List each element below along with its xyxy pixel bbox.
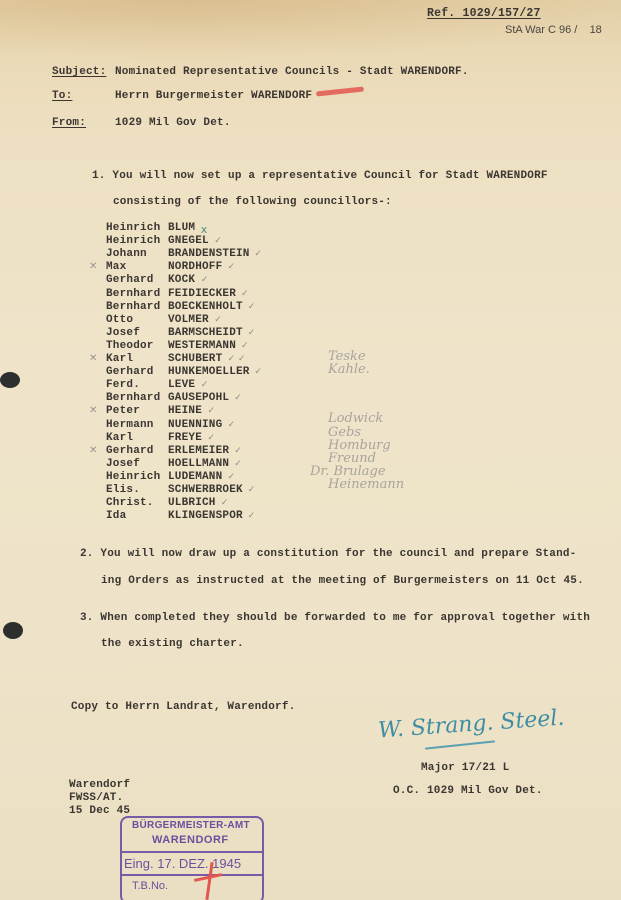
check-mark-icon: ✓ [208,433,216,443]
paragraph-2-line-1: 2. You will now draw up a constitution f… [80,548,576,560]
councillor-first-name: Karl [106,432,133,444]
check-mark-icon: ✓ [254,367,262,377]
councillor-last-name: FREYE [168,432,202,444]
subject-text: Nominated Representative Councils - Stad… [115,66,469,78]
to-text: Herrn Burgermeister WARENDORF [115,90,312,102]
check-mark-icon: ✓ [234,459,242,469]
councillor-last-name: VOLMER [168,314,209,326]
councillor-first-name: Bernhard [106,392,160,404]
check-mark-icon: ✓ [214,236,222,246]
document-page: Ref. 1029/157/27 StA War C 96 / 18 Subje… [0,0,621,900]
footer-date: 15 Dec 45 [69,805,130,817]
councillor-first-name: Christ. [106,497,154,509]
councillor-last-name: HOELLMANN [168,458,229,470]
handwritten-signature: W. Strang. Steel. [377,706,565,744]
check-mark-icon: ✓ [248,302,256,312]
subject-label: Subject: [52,66,106,78]
councillor-first-name: Gerhard [106,366,154,378]
stamp-received-date: Eing. 17. DEZ. 1945 [124,856,241,871]
punch-hole-bottom [3,622,23,639]
pencil-annotation: Lodwick [328,411,383,426]
from-label: From: [52,117,86,129]
councillor-first-name: Ida [106,510,126,522]
to-label: To: [52,90,72,102]
paragraph-3-line-2: the existing charter. [101,638,244,650]
councillor-last-name: NORDHOFF [168,261,222,273]
councillor-first-name: Heinrich [106,471,160,483]
x-mark-icon: ✕ [89,405,97,416]
signatory-rank: Major 17/21 L [421,762,509,774]
check-mark-icon: ✓ [221,498,229,508]
councillor-first-name: Heinrich [106,235,160,247]
stamp-town: WARENDORF [152,834,229,846]
councillor-first-name: Josef [106,458,140,470]
check-mark-icon: ✓ [201,275,209,285]
stamp-divider [122,874,262,876]
councillor-first-name: Johann [106,248,147,260]
councillor-first-name: Bernhard [106,301,160,313]
councillor-first-name: Heinrich [106,222,160,234]
check-mark-icon: ✓ [228,420,236,430]
councillor-first-name: Otto [106,314,133,326]
councillor-last-name: GNEGEL [168,235,209,247]
stamp-tb-number: T.B.No. [132,880,168,892]
signature-underline [425,740,495,749]
receipt-stamp: BÜRGERMEISTER-AMT WARENDORF Eing. 17. DE… [120,816,264,900]
councillor-last-name: ULBRICH [168,497,216,509]
check-mark-icon: ✓ [248,485,256,495]
councillor-last-name: FEIDIECKER [168,288,236,300]
x-mark-icon: ✕ [89,445,97,456]
councillor-last-name: LUDEMANN [168,471,222,483]
stamp-office: BÜRGERMEISTER-AMT [132,820,250,831]
councillor-last-name: KLINGENSPOR [168,510,243,522]
councillor-first-name: Max [106,261,126,273]
councillor-last-name: HUNKEMOELLER [168,366,250,378]
councillor-first-name: Gerhard [106,274,154,286]
councillor-first-name: Ferd. [106,379,140,391]
signatory-title: O.C. 1029 Mil Gov Det. [393,785,543,797]
councillor-first-name: Hermann [106,419,154,431]
check-mark-icon: ✓ [228,472,236,482]
pencil-annotation: Heinemann [328,477,404,492]
stamp-divider [122,851,262,853]
reference-number: Ref. 1029/157/27 [427,7,541,20]
paragraph-2-line-2: ing Orders as instructed at the meeting … [101,575,584,587]
check-mark-icon: ✓ [201,380,209,390]
councillor-last-name: NUENNING [168,419,222,431]
councillor-last-name: ERLEMEIER [168,445,229,457]
paragraph-1-line-2: consisting of the following councillors-… [113,196,392,208]
councillor-last-name: BARMSCHEIDT [168,327,243,339]
councillor-first-name: Elis. [106,484,140,496]
archive-number: StA War C 96 / 18 [505,24,602,36]
punch-hole-top [0,372,20,388]
check-mark-icon: ✓ [241,341,249,351]
check-mark-icon: ✓ [254,249,262,259]
councillor-last-name: BOECKENHOLT [168,301,243,313]
check-mark-icon: ✓ [234,446,242,456]
councillor-last-name: LEVE [168,379,195,391]
councillor-last-name: KOCK [168,274,195,286]
paragraph-3-line-1: 3. When completed they should be forward… [80,612,590,624]
check-mark-icon: ✓ [208,406,216,416]
councillor-last-name: BLUM [168,222,195,234]
councillor-last-name: WESTERMANN [168,340,236,352]
x-mark-icon: ✕ [89,261,97,272]
from-text: 1029 Mil Gov Det. [115,117,231,129]
check-mark-icon: ✓ [248,511,256,521]
footer-place: Warendorf [69,779,130,791]
copy-to-line: Copy to Herrn Landrat, Warendorf. [71,701,295,713]
red-pencil-mark [316,87,364,97]
x-mark-icon: ✕ [89,353,97,364]
councillor-first-name: Theodor [106,340,154,352]
councillor-first-name: Gerhard [106,445,154,457]
check-mark-icon: ✓ [248,328,256,338]
councillor-first-name: Bernhard [106,288,160,300]
councillor-first-name: Karl [106,353,133,365]
councillor-last-name: SCHWERBROEK [168,484,243,496]
check-mark-icon: ✓ [228,262,236,272]
pencil-annotation: Kahle. [328,362,370,377]
councillor-first-name: Peter [106,405,140,417]
check-mark-icon: ✓ [214,315,222,325]
councillor-last-name: HEINE [168,405,202,417]
check-mark-icon: ✓ [234,393,242,403]
councillor-last-name: BRANDENSTEIN [168,248,250,260]
check-mark-icon: ✓ ✓ [228,354,246,364]
councillor-last-name: GAUSEPOHL [168,392,229,404]
check-mark-icon: ✓ [241,289,249,299]
councillor-first-name: Josef [106,327,140,339]
footer-initials: FWSS/AT. [69,792,123,804]
councillor-last-name: SCHUBERT [168,353,222,365]
paragraph-1-line-1: 1. You will now set up a representative … [92,170,548,182]
